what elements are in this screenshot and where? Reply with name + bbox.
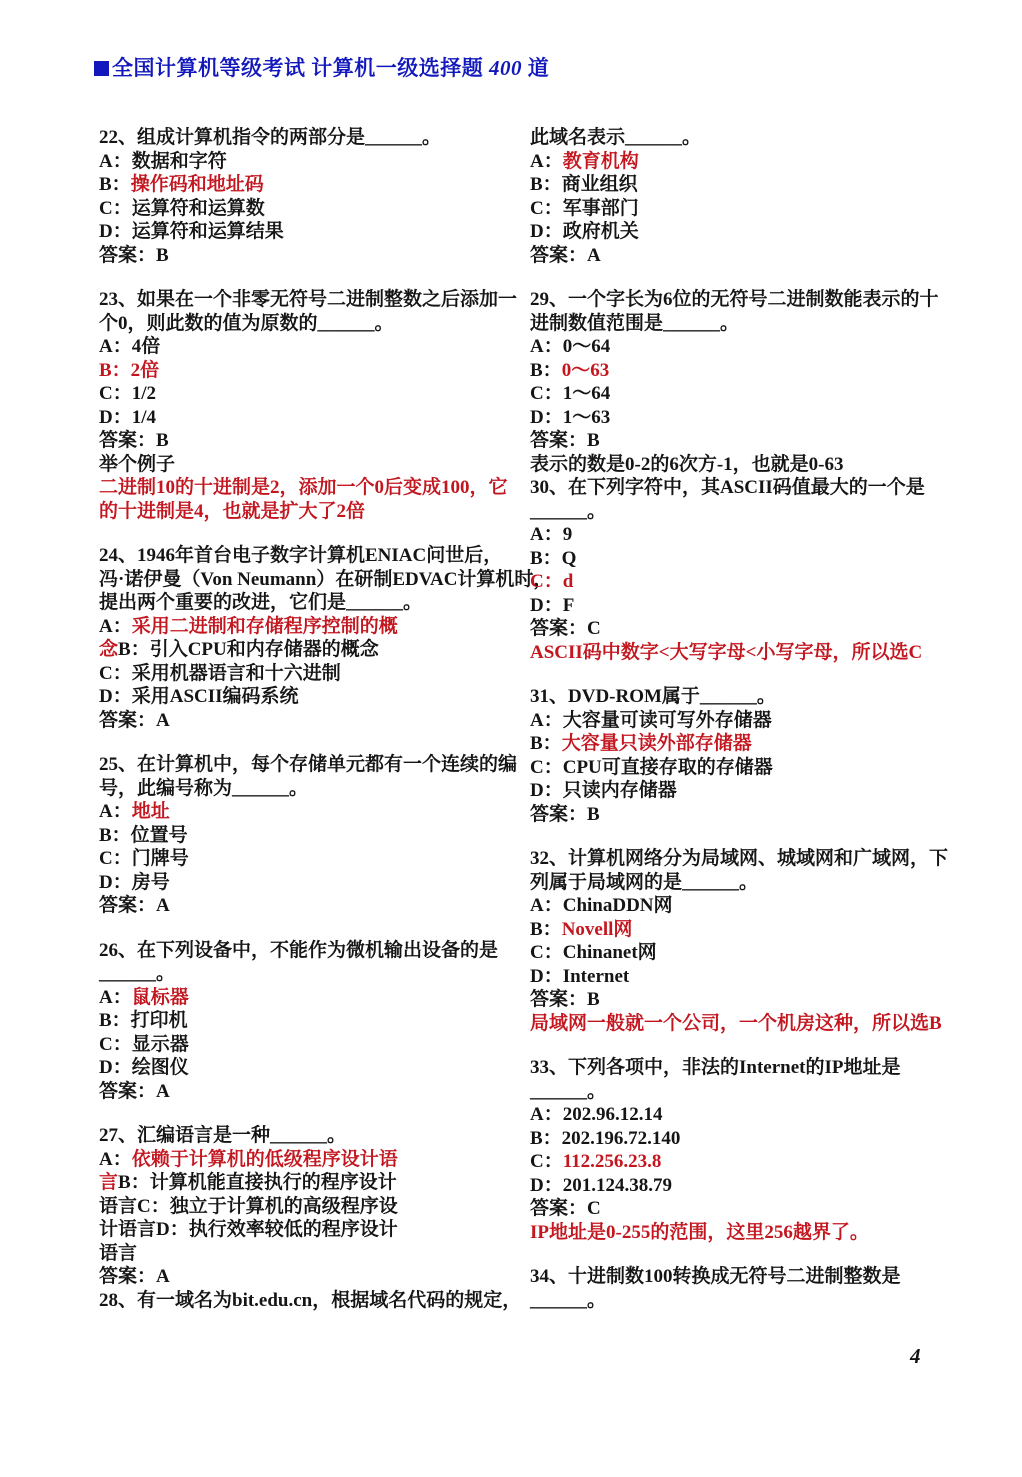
text-line: 提出两个重要的改进，它们是______。 xyxy=(99,591,519,615)
text-line: 此域名表示______。 xyxy=(530,126,948,150)
text-line: 23、如果在一个非零无符号二进制整数之后添加一 xyxy=(99,288,519,312)
text-segment: 答案：A xyxy=(99,895,170,916)
text-segment: A： xyxy=(530,151,563,172)
highlighted-text: ASCII码中数字<大写字母<小写字母，所以选C xyxy=(530,642,922,663)
text-line: 30、在下列字符中，其ASCII码值最大的一个是 xyxy=(530,476,948,500)
text-segment: D：政府机关 xyxy=(530,221,639,242)
text-line: 答案：A xyxy=(99,894,519,918)
text-segment: D：房号 xyxy=(99,872,170,893)
text-line: B：Q xyxy=(530,547,948,571)
text-line: 言B：计算机能直接执行的程序设计 xyxy=(99,1171,519,1195)
question-block: 23、如果在一个非零无符号二进制整数之后添加一个0，则此数的值为原数的_____… xyxy=(99,288,519,523)
text-line: B：商业组织 xyxy=(530,173,948,197)
text-line: 计语言D：执行效率较低的程序设计 xyxy=(99,1218,519,1242)
text-line: D：采用ASCII编码系统 xyxy=(99,685,519,709)
text-segment: 34、十进制数100转换成无符号二进制整数是 xyxy=(530,1266,901,1287)
text-line: A：4倍 xyxy=(99,335,519,359)
text-line: 29、一个字长为6位的无符号二进制数能表示的十 xyxy=(530,288,948,312)
text-segment: A：4倍 xyxy=(99,336,160,357)
text-segment: A：ChinaDDN网 xyxy=(530,895,673,916)
text-segment: D：运算符和运算结果 xyxy=(99,221,284,242)
question-block: 26、在下列设备中，不能作为微机输出设备的是______。A：鼠标器B：打印机C… xyxy=(99,939,519,1104)
text-line: B：位置号 xyxy=(99,824,519,848)
highlighted-text: 112.256.23.8 xyxy=(563,1151,662,1172)
text-line: A：9 xyxy=(530,523,948,547)
highlighted-text: 依赖于计算机的低级程序设计语 xyxy=(132,1149,398,1170)
header-square-icon xyxy=(94,61,109,76)
text-line: B：打印机 xyxy=(99,1009,519,1033)
text-line: 局域网一般就一个公司，一个机房这种，所以选B xyxy=(530,1012,948,1036)
highlighted-text: 大容量只读外部存储器 xyxy=(562,733,752,754)
page-header: 全国计算机等级考试 计算机一级选择题 400 道 xyxy=(94,52,549,82)
text-segment: A： xyxy=(99,1149,132,1170)
text-segment: 答案：B xyxy=(530,804,600,825)
text-segment: 33、下列各项中，非法的Internet的IP地址是 xyxy=(530,1057,900,1078)
text-segment: 30、在下列字符中，其ASCII码值最大的一个是 xyxy=(530,477,925,498)
text-line: 答案：A xyxy=(530,244,948,268)
text-line: A：依赖于计算机的低级程序设计语 xyxy=(99,1148,519,1172)
text-line: 32、计算机网络分为局域网、城域网和广域网，下 xyxy=(530,847,948,871)
text-segment: C：采用机器语言和十六进制 xyxy=(99,663,341,684)
text-line: 25、在计算机中，每个存储单元都有一个连续的编 xyxy=(99,753,519,777)
highlighted-text: 0～63 xyxy=(562,360,610,381)
text-line: ______。 xyxy=(99,962,519,986)
text-segment: 全国计算机等级考试 计算机一级选择题 xyxy=(112,56,489,80)
text-segment: 答案：C xyxy=(530,618,601,639)
text-segment: A： xyxy=(99,801,132,822)
text-line: C：采用机器语言和十六进制 xyxy=(99,662,519,686)
text-line: D：只读内存储器 xyxy=(530,779,948,803)
text-line: B：202.196.72.140 xyxy=(530,1127,948,1151)
text-segment: C：门牌号 xyxy=(99,848,189,869)
text-line: ______。 xyxy=(530,500,948,524)
text-line: 的十进制是4，也就是扩大了2倍 xyxy=(99,500,519,524)
text-segment: A：大容量可读可写外存储器 xyxy=(530,710,772,731)
text-line: D：F xyxy=(530,594,948,618)
text-segment: B： xyxy=(530,919,562,940)
text-segment: A：202.96.12.14 xyxy=(530,1104,662,1125)
text-segment: 23、如果在一个非零无符号二进制整数之后添加一 xyxy=(99,289,517,310)
text-segment: C： xyxy=(530,1151,563,1172)
text-segment: C：1/2 xyxy=(99,383,156,404)
text-segment: A： xyxy=(99,987,132,1008)
text-segment: 27、汇编语言是一种______。 xyxy=(99,1125,346,1146)
text-segment: ______。 xyxy=(530,1290,606,1311)
highlighted-text: 二进制10的十进制是2，添加一个0后变成100，它 xyxy=(99,477,508,498)
highlighted-text: C：d xyxy=(530,571,573,592)
text-line: 答案：B xyxy=(99,244,519,268)
text-segment: C：显示器 xyxy=(99,1034,189,1055)
text-line: 33、下列各项中，非法的Internet的IP地址是 xyxy=(530,1056,948,1080)
text-segment: A： xyxy=(99,616,132,637)
text-segment: 此域名表示______。 xyxy=(530,127,701,148)
highlighted-text: 局域网一般就一个公司，一个机房这种，所以选B xyxy=(530,1013,942,1034)
text-segment: ______。 xyxy=(99,963,175,984)
question-block: 25、在计算机中，每个存储单元都有一个连续的编号，此编号称为______。A：地… xyxy=(99,753,519,918)
text-segment: C：CPU可直接存取的存储器 xyxy=(530,757,773,778)
highlighted-text: 采用二进制和存储程序控制的概 xyxy=(132,616,398,637)
text-segment: D：只读内存储器 xyxy=(530,780,677,801)
header-title: 全国计算机等级考试 计算机一级选择题 400 道 xyxy=(112,56,549,80)
text-segment: C：1～64 xyxy=(530,383,610,404)
text-segment: B：商业组织 xyxy=(530,174,638,195)
text-segment: 答案：C xyxy=(530,1198,601,1219)
text-line: 22、组成计算机指令的两部分是______。 xyxy=(99,126,519,150)
text-segment: D：1/4 xyxy=(99,407,156,428)
text-line: A：采用二进制和存储程序控制的概 xyxy=(99,615,519,639)
text-segment: A：0～64 xyxy=(530,336,610,357)
text-segment: ______。 xyxy=(530,501,606,522)
text-segment: 表示的数是0-2的6次方-1，也就是0-63 xyxy=(530,454,843,475)
highlighted-text: Novell网 xyxy=(562,919,633,940)
text-line: C：Chinanet网 xyxy=(530,941,948,965)
text-line: 28、有一域名为bit.edu.cn，根据域名代码的规定， xyxy=(99,1289,519,1313)
text-segment: C：Chinanet网 xyxy=(530,942,657,963)
text-segment: 答案：A xyxy=(99,1081,170,1102)
left-column: 22、组成计算机指令的两部分是______。A：数据和字符B：操作码和地址码C：… xyxy=(99,126,519,1312)
highlighted-text: IP地址是0-255的范围，这里256越界了。 xyxy=(530,1222,869,1243)
text-line: B：大容量只读外部存储器 xyxy=(530,732,948,756)
text-line: 答案：B xyxy=(530,988,948,1012)
text-segment: 答案：A xyxy=(99,710,170,731)
text-segment: 22、组成计算机指令的两部分是______。 xyxy=(99,127,441,148)
text-line: C：CPU可直接存取的存储器 xyxy=(530,756,948,780)
text-segment: 400 xyxy=(489,56,522,80)
text-line: B：Novell网 xyxy=(530,918,948,942)
text-line: B：0～63 xyxy=(530,359,948,383)
text-line: ______。 xyxy=(530,1080,948,1104)
text-segment: D：绘图仪 xyxy=(99,1057,189,1078)
question-block: 33、下列各项中，非法的Internet的IP地址是______。A：202.9… xyxy=(530,1056,948,1244)
text-segment: 答案：A xyxy=(530,245,601,266)
question-block: 34、十进制数100转换成无符号二进制整数是______。 xyxy=(530,1265,948,1312)
text-line: A：数据和字符 xyxy=(99,150,519,174)
text-line: ASCII码中数字<大写字母<小写字母，所以选C xyxy=(530,641,948,665)
text-segment: 答案：B xyxy=(99,245,169,266)
text-line: D：绘图仪 xyxy=(99,1056,519,1080)
text-line: A：地址 xyxy=(99,800,519,824)
text-segment: 号，此编号称为______。 xyxy=(99,778,308,799)
text-segment: D：F xyxy=(530,595,574,616)
text-segment: C：军事部门 xyxy=(530,198,639,219)
text-line: 24、1946年首台电子数字计算机ENIAC问世后， xyxy=(99,544,519,568)
text-line: B：2倍 xyxy=(99,359,519,383)
text-segment: 答案：B xyxy=(99,430,169,451)
question-block: 此域名表示______。A：教育机构B：商业组织C：军事部门D：政府机关答案：A xyxy=(530,126,948,267)
text-segment: 冯·诺伊曼（Von Neumann）在研制EDVAC计算机时， xyxy=(99,569,552,590)
text-line: C：d xyxy=(530,570,948,594)
text-line: C：运算符和运算数 xyxy=(99,197,519,221)
text-line: 答案：A xyxy=(99,1265,519,1289)
text-line: D：Internet xyxy=(530,965,948,989)
text-segment: B：计算机能直接执行的程序设计 xyxy=(118,1172,397,1193)
text-segment: A：数据和字符 xyxy=(99,151,227,172)
text-segment: B： xyxy=(530,360,562,381)
text-line: 列属于局域网的是______。 xyxy=(530,871,948,895)
highlighted-text: 的十进制是4，也就是扩大了2倍 xyxy=(99,501,365,522)
text-line: 冯·诺伊曼（Von Neumann）在研制EDVAC计算机时， xyxy=(99,568,519,592)
text-segment: D：采用ASCII编码系统 xyxy=(99,686,299,707)
text-line: C：显示器 xyxy=(99,1033,519,1057)
text-line: A：鼠标器 xyxy=(99,986,519,1010)
text-line: 答案：B xyxy=(530,429,948,453)
text-line: C：军事部门 xyxy=(530,197,948,221)
highlighted-text: B：2倍 xyxy=(99,360,159,381)
text-segment: 计语言D：执行效率较低的程序设计 xyxy=(99,1219,398,1240)
text-line: A：教育机构 xyxy=(530,150,948,174)
highlighted-text: 鼠标器 xyxy=(132,987,189,1008)
text-segment: B：打印机 xyxy=(99,1010,188,1031)
question-block: 27、汇编语言是一种______。A：依赖于计算机的低级程序设计语言B：计算机能… xyxy=(99,1124,519,1312)
text-line: 答案：C xyxy=(530,617,948,641)
text-segment: 语言 xyxy=(99,1243,137,1264)
text-line: 答案：B xyxy=(530,803,948,827)
text-segment: 答案：A xyxy=(99,1266,170,1287)
text-segment: 进制数值范围是______。 xyxy=(530,313,739,334)
text-segment: 答案：B xyxy=(530,430,600,451)
text-line: C：1～64 xyxy=(530,382,948,406)
text-line: D：政府机关 xyxy=(530,220,948,244)
text-segment: D：Internet xyxy=(530,966,629,987)
text-segment: 29、一个字长为6位的无符号二进制数能表示的十 xyxy=(530,289,939,310)
text-line: 语言 xyxy=(99,1242,519,1266)
text-segment: 道 xyxy=(522,56,549,80)
text-line: D：运算符和运算结果 xyxy=(99,220,519,244)
text-line: A：202.96.12.14 xyxy=(530,1103,948,1127)
text-line: 表示的数是0-2的6次方-1，也就是0-63 xyxy=(530,453,948,477)
text-line: D：1/4 xyxy=(99,406,519,430)
text-segment: B： xyxy=(530,733,562,754)
text-segment: 25、在计算机中，每个存储单元都有一个连续的编 xyxy=(99,754,517,775)
highlighted-text: 念 xyxy=(99,639,118,660)
text-segment: 31、DVD-ROM属于______。 xyxy=(530,686,776,707)
text-line: A：大容量可读可写外存储器 xyxy=(530,709,948,733)
text-line: 31、DVD-ROM属于______。 xyxy=(530,685,948,709)
text-segment: 个0，则此数的值为原数的______。 xyxy=(99,313,394,334)
text-segment: B：Q xyxy=(530,548,576,569)
text-line: 27、汇编语言是一种______。 xyxy=(99,1124,519,1148)
text-line: ______。 xyxy=(530,1289,948,1313)
text-line: 二进制10的十进制是2，添加一个0后变成100，它 xyxy=(99,476,519,500)
question-block: 31、DVD-ROM属于______。A：大容量可读可写外存储器B：大容量只读外… xyxy=(530,685,948,826)
text-segment: D：201.124.38.79 xyxy=(530,1175,672,1196)
text-line: D：201.124.38.79 xyxy=(530,1174,948,1198)
text-segment: ______。 xyxy=(530,1081,606,1102)
page-number: 4 xyxy=(910,1344,921,1369)
text-line: D：1～63 xyxy=(530,406,948,430)
text-segment: B：位置号 xyxy=(99,825,188,846)
text-segment: 28、有一域名为bit.edu.cn，根据域名代码的规定， xyxy=(99,1290,521,1311)
text-segment: 答案：B xyxy=(530,989,600,1010)
text-line: 34、十进制数100转换成无符号二进制整数是 xyxy=(530,1265,948,1289)
text-segment: 举个例子 xyxy=(99,454,175,475)
text-line: D：房号 xyxy=(99,871,519,895)
text-line: B：操作码和地址码 xyxy=(99,173,519,197)
text-line: 答案：C xyxy=(530,1197,948,1221)
highlighted-text: 言 xyxy=(99,1172,118,1193)
text-segment: B：引入CPU和内存储器的概念 xyxy=(118,639,379,660)
highlighted-text: 教育机构 xyxy=(563,151,639,172)
text-line: 答案：B xyxy=(99,429,519,453)
text-line: A：0～64 xyxy=(530,335,948,359)
text-line: 答案：A xyxy=(99,1080,519,1104)
question-block: 32、计算机网络分为局域网、城域网和广域网，下列属于局域网的是______。A：… xyxy=(530,847,948,1035)
text-segment: 提出两个重要的改进，它们是______。 xyxy=(99,592,422,613)
text-segment: 24、1946年首台电子数字计算机ENIAC问世后， xyxy=(99,545,502,566)
text-line: 念B：引入CPU和内存储器的概念 xyxy=(99,638,519,662)
document-page: 全国计算机等级考试 计算机一级选择题 400 道 22、组成计算机指令的两部分是… xyxy=(0,0,1022,1477)
text-line: C：门牌号 xyxy=(99,847,519,871)
text-segment: B： xyxy=(99,174,131,195)
text-line: 号，此编号称为______。 xyxy=(99,777,519,801)
question-block: 29、一个字长为6位的无符号二进制数能表示的十进制数值范围是______。A：0… xyxy=(530,288,948,664)
right-column: 此域名表示______。A：教育机构B：商业组织C：军事部门D：政府机关答案：A… xyxy=(530,126,948,1312)
text-line: 个0，则此数的值为原数的______。 xyxy=(99,312,519,336)
text-segment: 列属于局域网的是______。 xyxy=(530,872,758,893)
text-segment: A：9 xyxy=(530,524,572,545)
question-block: 24、1946年首台电子数字计算机ENIAC问世后，冯·诺伊曼（Von Neum… xyxy=(99,544,519,732)
text-line: 语言C：独立于计算机的高级程序设 xyxy=(99,1195,519,1219)
text-segment: 语言C：独立于计算机的高级程序设 xyxy=(99,1196,398,1217)
text-segment: 26、在下列设备中，不能作为微机输出设备的是 xyxy=(99,940,498,961)
text-segment: 32、计算机网络分为局域网、城域网和广域网，下 xyxy=(530,848,948,869)
highlighted-text: 地址 xyxy=(132,801,170,822)
text-line: C：1/2 xyxy=(99,382,519,406)
highlighted-text: 操作码和地址码 xyxy=(131,174,264,195)
text-segment: B：202.196.72.140 xyxy=(530,1128,680,1149)
text-line: 举个例子 xyxy=(99,453,519,477)
text-line: C：112.256.23.8 xyxy=(530,1150,948,1174)
text-line: 进制数值范围是______。 xyxy=(530,312,948,336)
text-segment: C：运算符和运算数 xyxy=(99,198,265,219)
text-line: IP地址是0-255的范围，这里256越界了。 xyxy=(530,1221,948,1245)
text-line: 答案：A xyxy=(99,709,519,733)
text-line: A：ChinaDDN网 xyxy=(530,894,948,918)
question-block: 22、组成计算机指令的两部分是______。A：数据和字符B：操作码和地址码C：… xyxy=(99,126,519,267)
text-line: 26、在下列设备中，不能作为微机输出设备的是 xyxy=(99,939,519,963)
text-segment: D：1～63 xyxy=(530,407,610,428)
